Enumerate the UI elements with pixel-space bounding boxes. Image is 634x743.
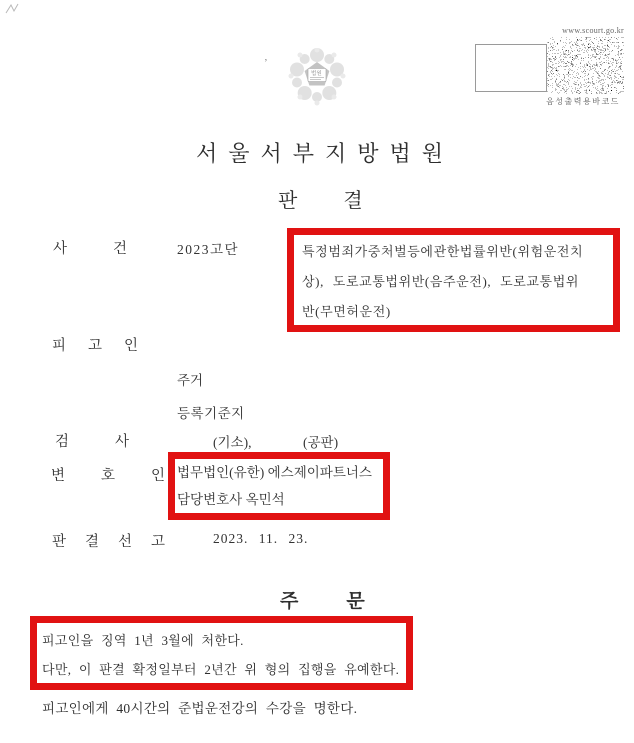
judgment-document-page: 법원 ’ www.scourt.go.kr 음성출력용바코드 서울서부지방법원 … — [0, 0, 634, 743]
charge-line: 반(무면허운전) — [302, 297, 605, 327]
scourt-url-text: www.scourt.go.kr — [562, 26, 624, 35]
prosecutor-indictment: (기소), — [213, 431, 251, 451]
charge-line: 상), 도로교통법위반(음주운전), 도로교통법위 — [302, 267, 605, 297]
scan-mark-icon — [4, 2, 20, 16]
residence-label: 주거 — [177, 369, 203, 389]
prosecutor-trial: (공판) — [303, 431, 338, 451]
court-seal-icon: 법원 — [285, 48, 349, 108]
disposition-line: 피고인을 징역 1년 3월에 처한다. — [42, 626, 401, 655]
field-label-case: 사건 — [53, 237, 173, 258]
field-label-defendant: 피고인 — [52, 334, 160, 355]
counsel-firm: 법무법인(유한) 에스제이파트너스 — [177, 459, 381, 486]
stamp-box — [475, 44, 547, 92]
counsel-attorney: 담당변호사 옥민석 — [177, 486, 381, 513]
sentencing-date-value: 2023. 11. 23. — [213, 531, 308, 547]
disposition-line: 다만, 이 판결 확정일부터 2년간 위 형의 집행을 유예한다. — [42, 655, 401, 684]
registered-domicile-label: 등록기준지 — [177, 402, 245, 422]
disposition-highlight-box: 피고인을 징역 1년 3월에 처한다. 다만, 이 판결 확정일부터 2년간 위… — [30, 616, 413, 690]
field-label-prosecutor: 검사 — [55, 430, 175, 451]
disposition-heading: 주문 — [280, 586, 413, 613]
scan-speck: ’ — [264, 57, 268, 69]
doc-type-heading: 판결 — [278, 184, 409, 213]
case-number: 2023고단 — [177, 238, 239, 258]
voice-output-barcode-image — [547, 37, 624, 94]
disposition-additional-line: 피고인에게 40시간의 준법운전강의 수강을 명한다. — [42, 697, 357, 717]
counsel-highlight-box: 법무법인(유한) 에스제이파트너스 담당변호사 옥민석 — [168, 452, 390, 520]
charges-highlight-box: 특정범죄가중처벌등에관한법률위반(위험운전치 상), 도로교통법위반(음주운전)… — [287, 228, 620, 332]
court-name-title: 서울서부지방법원 — [196, 137, 454, 168]
seal-text: 법원 — [311, 69, 322, 77]
charge-line: 특정범죄가중처벌등에관한법률위반(위험운전치 — [302, 237, 605, 267]
field-label-sentencing-date: 판결선고 — [52, 530, 184, 551]
barcode-caption: 음성출력용바코드 — [541, 96, 625, 107]
